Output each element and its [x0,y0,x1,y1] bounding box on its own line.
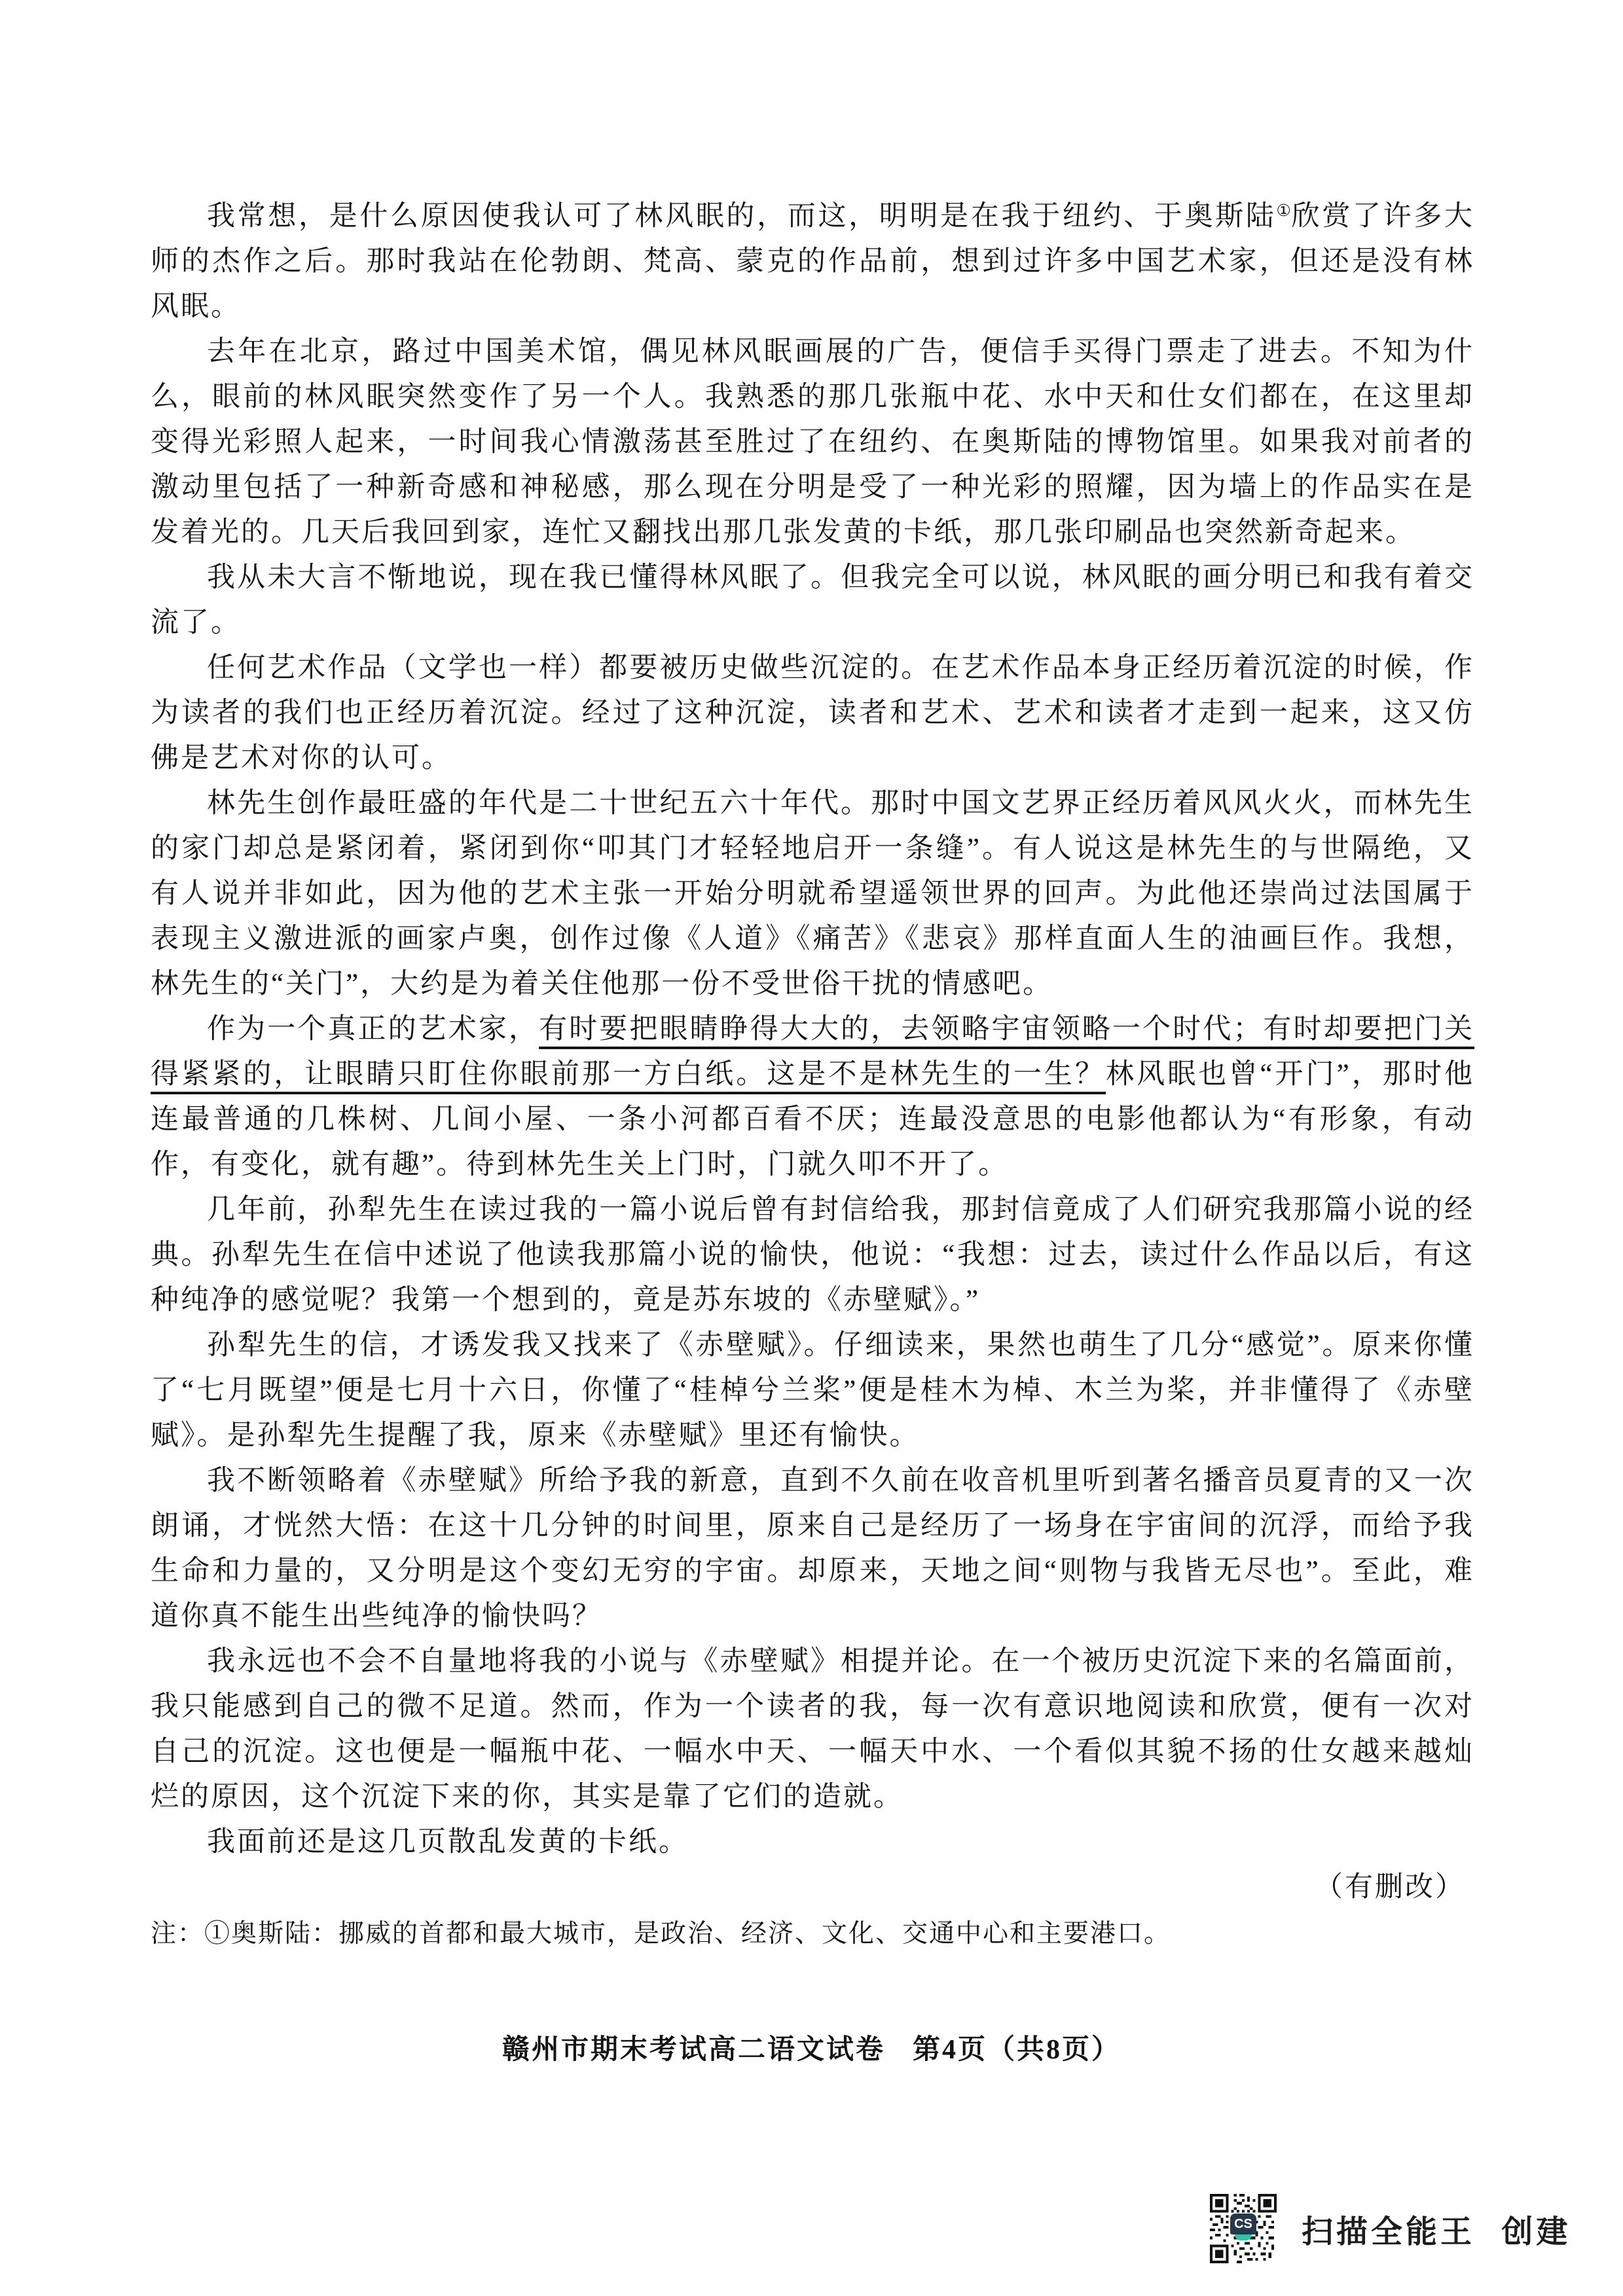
camscanner-logo-accent [1235,2234,1252,2240]
reading-passage: 我常想，是什么原因使我认可了林风眠的，而这，明明是在我于纽约、于奥斯陆①欣赏了许… [151,188,1474,1956]
paragraph-text: 作为一个真正的艺术家， [207,1014,539,1045]
footnote-ref-marker: ① [1277,202,1292,220]
camscanner-logo-text: CS [1230,2214,1256,2234]
paragraph-text: 我常想，是什么原因使我认可了林风眠的，而这，明明是在我于纽约、于奥斯陆 [207,201,1277,232]
paragraph-9: 我不断领略着《赤壁赋》所给予我的新意，直到不久前在收音机里听到著名播音员夏青的又… [151,1458,1474,1639]
paragraph-2: 去年在北京，路过中国美术馆，偶见林风眠画展的广告，便信手买得门票走了进去。不知为… [151,329,1474,555]
page-footer: 赣州市期末考试高二语文试卷第4页（共8页） [0,2028,1623,2067]
exam-title: 赣州市期末考试高二语文试卷 [502,2035,885,2065]
scanned-exam-page: 我常想，是什么原因使我认可了林风眠的，而这，明明是在我于纽约、于奥斯陆①欣赏了许… [0,0,1623,2296]
paragraph-8: 孙犁先生的信，才诱发我又找来了《赤壁赋》。仔细读来，果然也萌生了几分“感觉”。原… [151,1323,1474,1458]
paragraph-5: 林先生创作最旺盛的年代是二十世纪五六十年代。那时中国文艺界正经历着风风火火，而林… [151,781,1474,1007]
source-attribution: （有删改） [151,1865,1474,1910]
page-number: 第4页（共8页） [913,2035,1121,2065]
camscanner-logo: CS [1230,2214,1256,2241]
camscanner-watermark: CS 扫描全能王 创建 [1210,2194,1571,2263]
paragraph-11: 我面前还是这几页散乱发黄的卡纸。 [151,1820,1474,1865]
paragraph-4: 任何艺术作品（文学也一样）都要被历史做些沉淀的。在艺术作品本身正经历着沉淀的时候… [151,645,1474,781]
footnote: 注：①奥斯陆：挪威的首都和最大城市，是政治、经济、文化、交通中心和主要港口。 [151,1910,1474,1956]
paragraph-3: 我从未大言不惭地说，现在我已懂得林风眠了。但我完全可以说，林风眠的画分明已和我有… [151,555,1474,645]
paragraph-1: 我常想，是什么原因使我认可了林风眠的，而这，明明是在我于纽约、于奥斯陆①欣赏了许… [151,188,1474,329]
paragraph-10: 我永远也不会不自量地将我的小说与《赤壁赋》相提并论。在一个被历史沉淀下来的名篇面… [151,1639,1474,1820]
qr-code: CS [1210,2194,1277,2263]
watermark-label: 扫描全能王 创建 [1302,2206,1571,2251]
paragraph-6: 作为一个真正的艺术家，有时要把眼睛睁得大大的，去领略宇宙领略一个时代；有时却要把… [151,1007,1474,1187]
paragraph-7: 几年前，孙犁先生在读过我的一篇小说后曾有封信给我，那封信竟成了人们研究我那篇小说… [151,1187,1474,1323]
